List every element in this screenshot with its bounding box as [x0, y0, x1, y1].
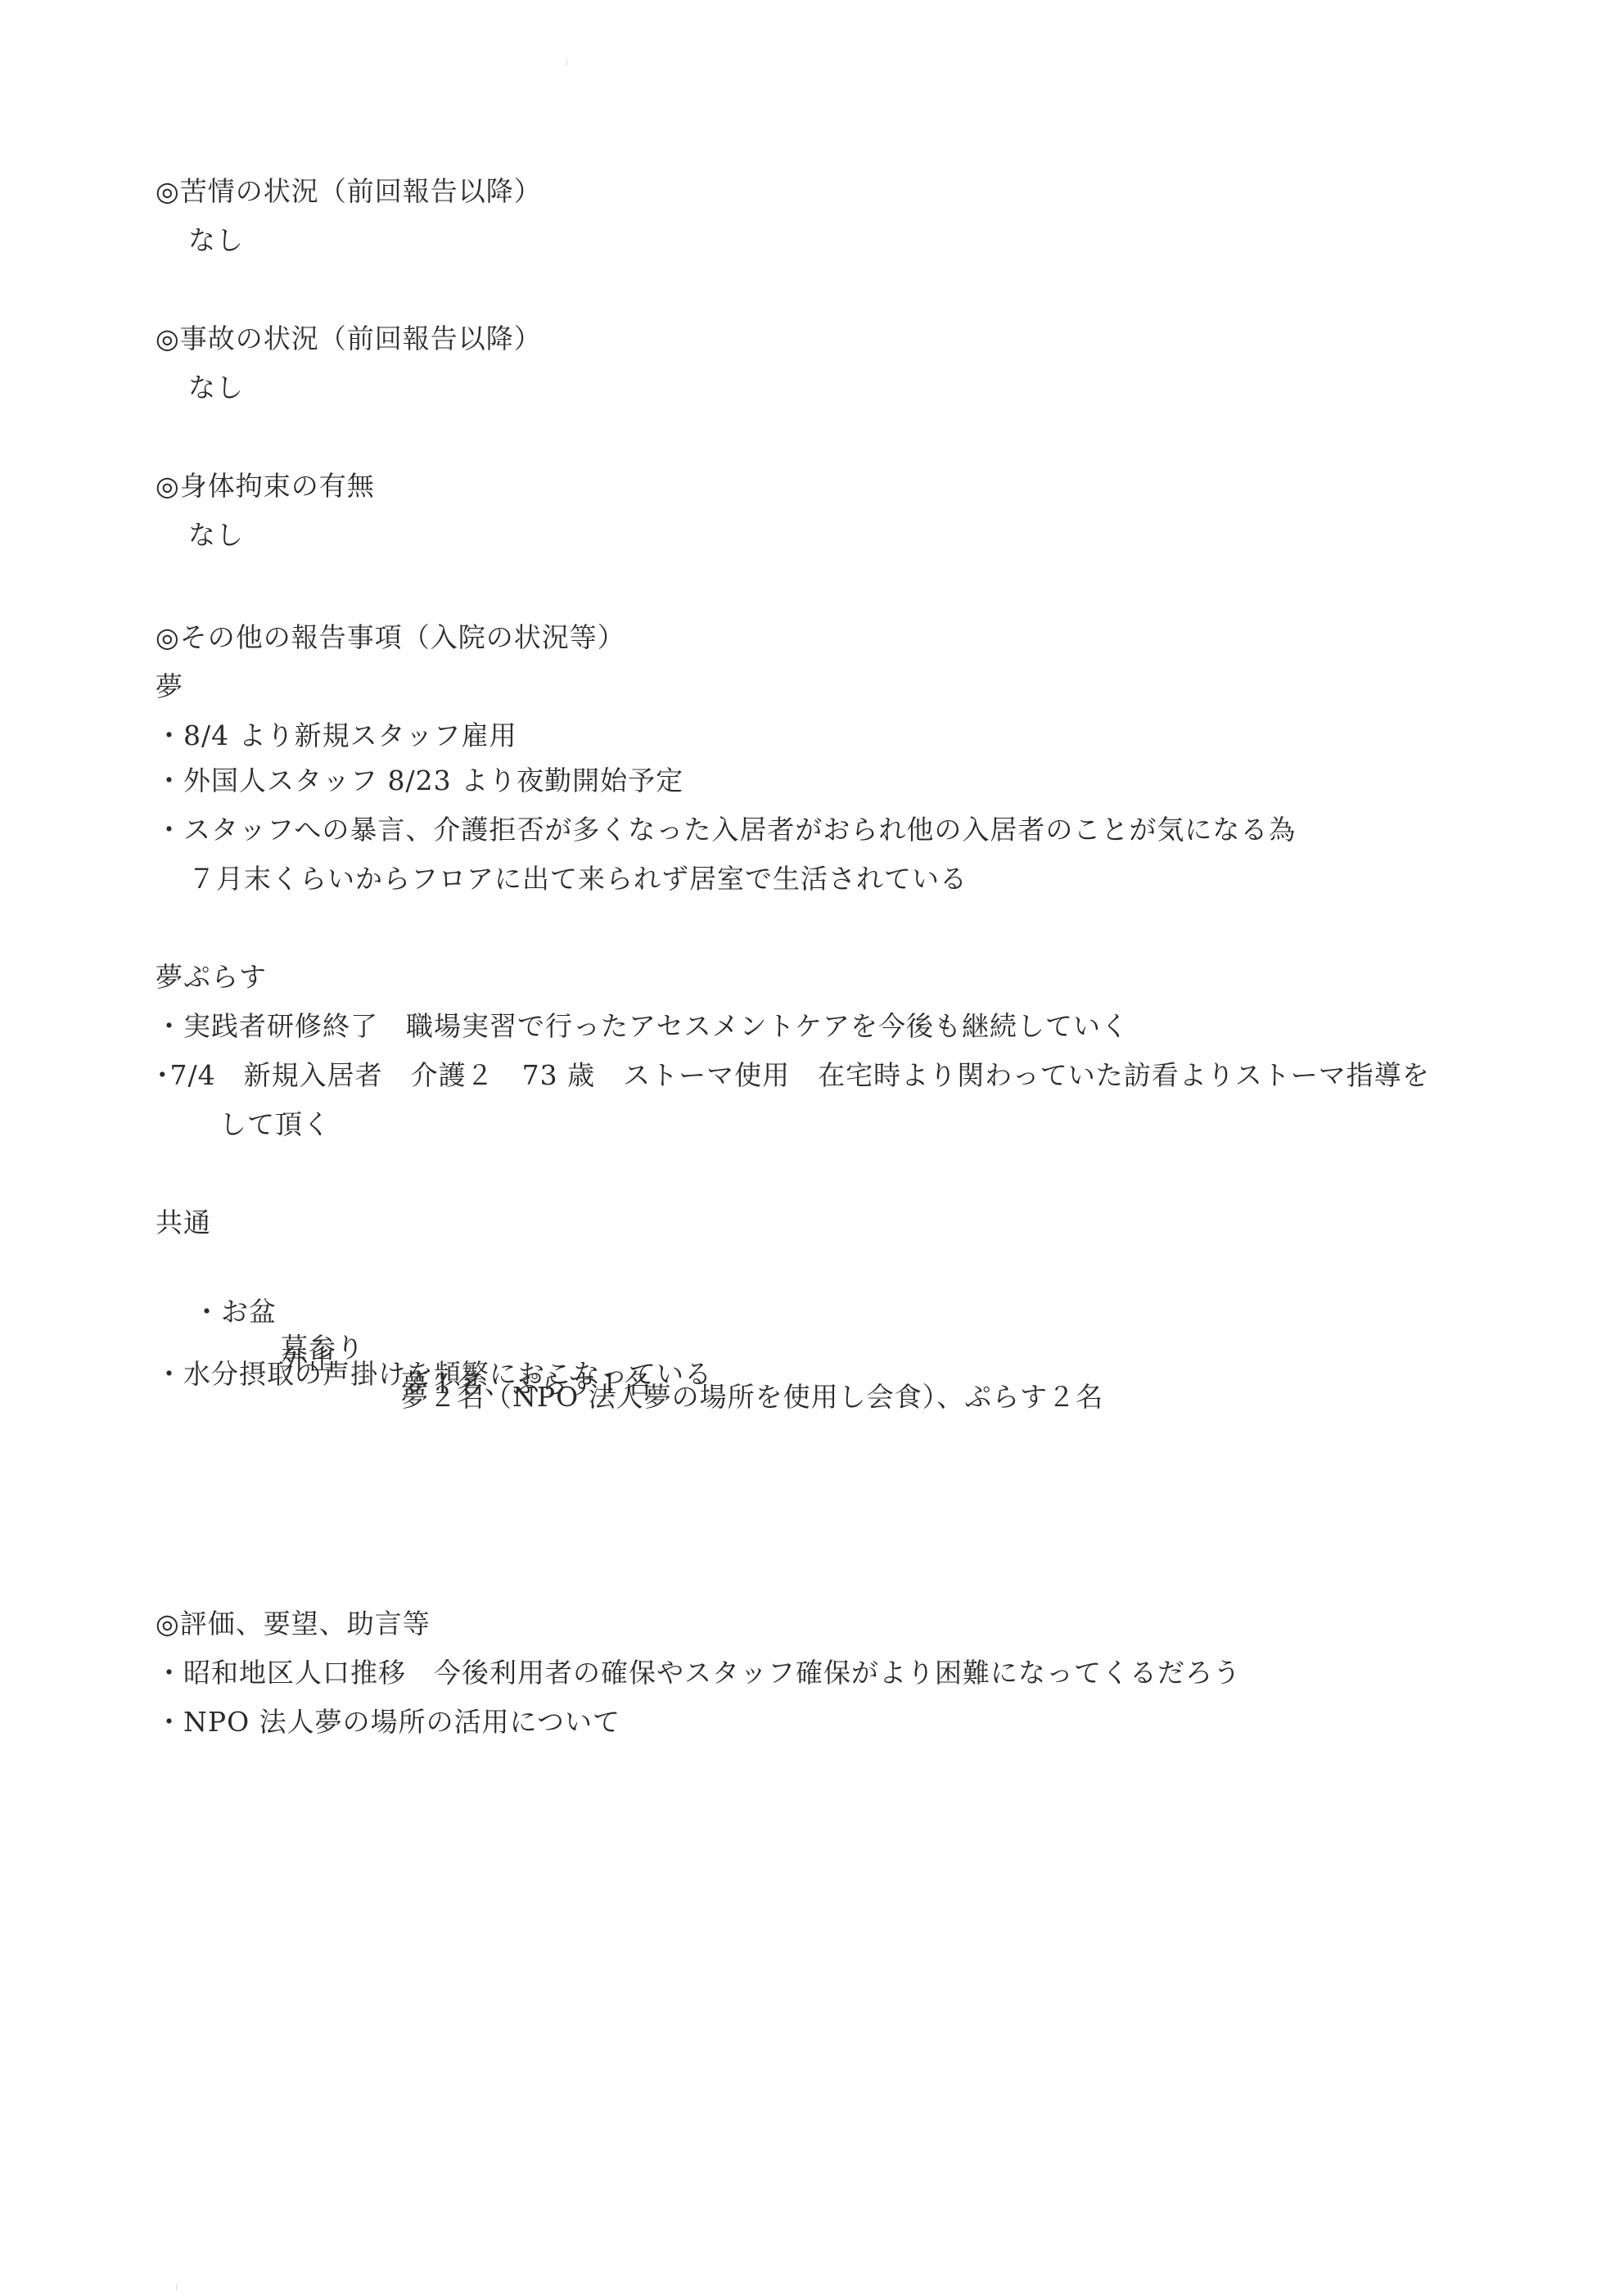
section-heading-accidents: ◎事故の状況（前回報告以降） — [156, 321, 542, 357]
scan-mark — [566, 59, 567, 65]
section-heading-complaints: ◎苦情の状況（前回報告以降） — [156, 174, 542, 210]
list-item: ･7/4 新規入居者 介護２ 73 歳 ストーマ使用 在宅時より関わっていた訪看… — [156, 1058, 1430, 1094]
obon-row-outing: 外出 夢２名（NPO 法人夢の場所を使用し会食）、ぷらす２名 — [156, 1307, 1465, 1343]
list-item: ・外国人スタッフ 8/23 より夜勤開始予定 — [156, 763, 683, 799]
complaints-body: なし — [188, 223, 244, 259]
subsection-title-common: 共通 — [156, 1205, 211, 1241]
list-item-continuation: して頂く — [219, 1107, 331, 1143]
list-item: ・8/4 より新規スタッフ雇用 — [156, 718, 517, 754]
list-item: ・NPO 法人夢の場所の活用について — [156, 1704, 620, 1740]
restraint-body: なし — [188, 517, 244, 553]
subsection-title-yume: 夢 — [156, 669, 183, 705]
section-heading-other-reports: ◎その他の報告事項（入院の状況等） — [156, 620, 625, 656]
section-heading-restraint: ◎身体拘束の有無 — [156, 468, 375, 504]
list-item: ・実践者研修終了 職場実習で行ったアセスメントケアを今後も継続していく — [156, 1008, 1129, 1044]
list-item: ・昭和地区人口推移 今後利用者の確保やスタッフ確保がより困難になってくるだろう — [156, 1655, 1241, 1691]
scan-mark — [176, 2284, 177, 2290]
obon-row-grave-visit: ・お盆 墓参り 夢１名、ぷらす１名 — [156, 1258, 1465, 1294]
list-item: ・水分摂取の声掛けを頻繁におこなっている — [156, 1356, 712, 1392]
list-item-continuation: ７月末くらいからフロアに出て来られず居室で生活されている — [188, 861, 968, 897]
subsection-title-yume-plus: 夢ぷらす — [156, 959, 267, 995]
accidents-body: なし — [188, 370, 244, 406]
section-heading-evaluation: ◎評価、要望、助言等 — [156, 1606, 431, 1642]
list-item: ・スタッフへの暴言、介護拒否が多くなった入居者がおられ他の入居者のことが気になる… — [156, 812, 1296, 848]
